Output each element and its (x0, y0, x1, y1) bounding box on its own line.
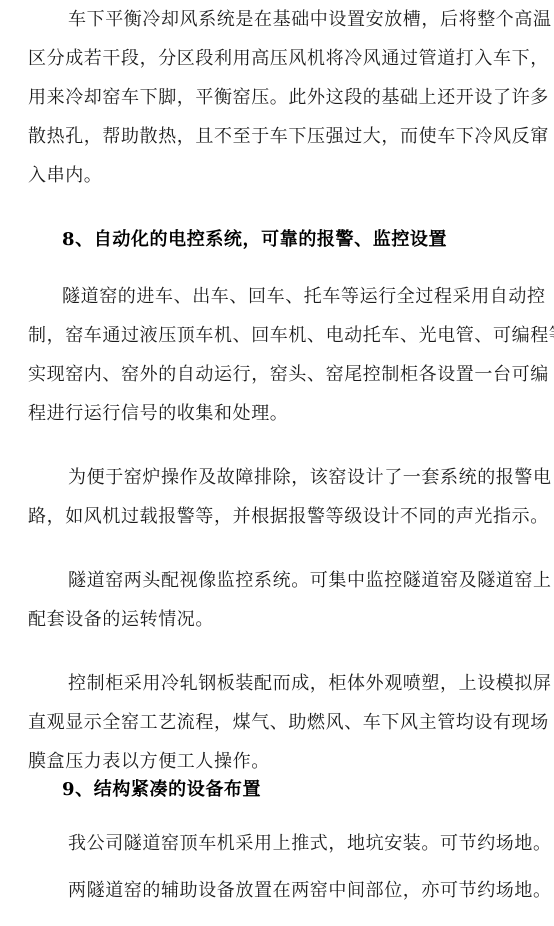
paragraph-line: 隧道窑两头配视像监控系统。可集中监控隧道窑及隧道窑上 (68, 570, 552, 592)
paragraph-line: 为便于窑炉操作及故障排除，该窑设计了一套系统的报警电 (68, 467, 552, 489)
paragraph-line: 两隧道窑的辅助设备放置在两窑中间部位，亦可节约场地。 (68, 880, 552, 902)
paragraph-line: 用来冷却窑车下脚，平衡窑压。此外这段的基础上还开设了许多 (28, 87, 549, 109)
paragraph-line: 配套设备的运转情况。 (28, 609, 214, 631)
paragraph-line: 区分成若干段，分区段利用高压风机将冷风通过管道打入车下， (28, 48, 549, 70)
paragraph-line: 程进行运行信号的收集和处理。 (28, 403, 288, 425)
paragraph-line: 入串内。 (28, 165, 102, 187)
section-heading: 9、结构紧凑的设备布置 (62, 779, 261, 801)
paragraph-line: 制，窑车通过液压顶车机、回车机、电动托车、光电管、可编程等 (28, 325, 554, 347)
paragraph-line: 膜盒压力表以方便工人操作。 (28, 751, 270, 773)
section-heading: 8、自动化的电控系统，可靠的报警、监控设置 (62, 229, 447, 251)
paragraph-line: 直观显示全窑工艺流程，煤气、助燃风、车下风主管均设有现场 (28, 712, 549, 734)
paragraph-line: 实现窑内、窑外的自动运行，窑头、窑尾控制柜各设置一台可编 (28, 364, 549, 386)
paragraph-line: 路，如风机过载报警等，并根据报警等级设计不同的声光指示。 (28, 506, 549, 528)
paragraph-line: 车下平衡冷却风系统是在基础中设置安放槽，后将整个高温 (68, 9, 552, 31)
paragraph-line: 散热孔，帮助散热，且不至于车下压强过大，而使车下冷风反窜 (28, 126, 549, 148)
paragraph-line: 我公司隧道窑顶车机采用上推式，地坑安装。可节约场地。 (68, 833, 552, 855)
paragraph-line: 控制柜采用冷轧钢板装配而成，柜体外观喷塑，上设模拟屏 (68, 673, 552, 695)
paragraph-line: 隧道窑的进车、出车、回车、托车等运行全过程采用自动控 (62, 286, 546, 308)
